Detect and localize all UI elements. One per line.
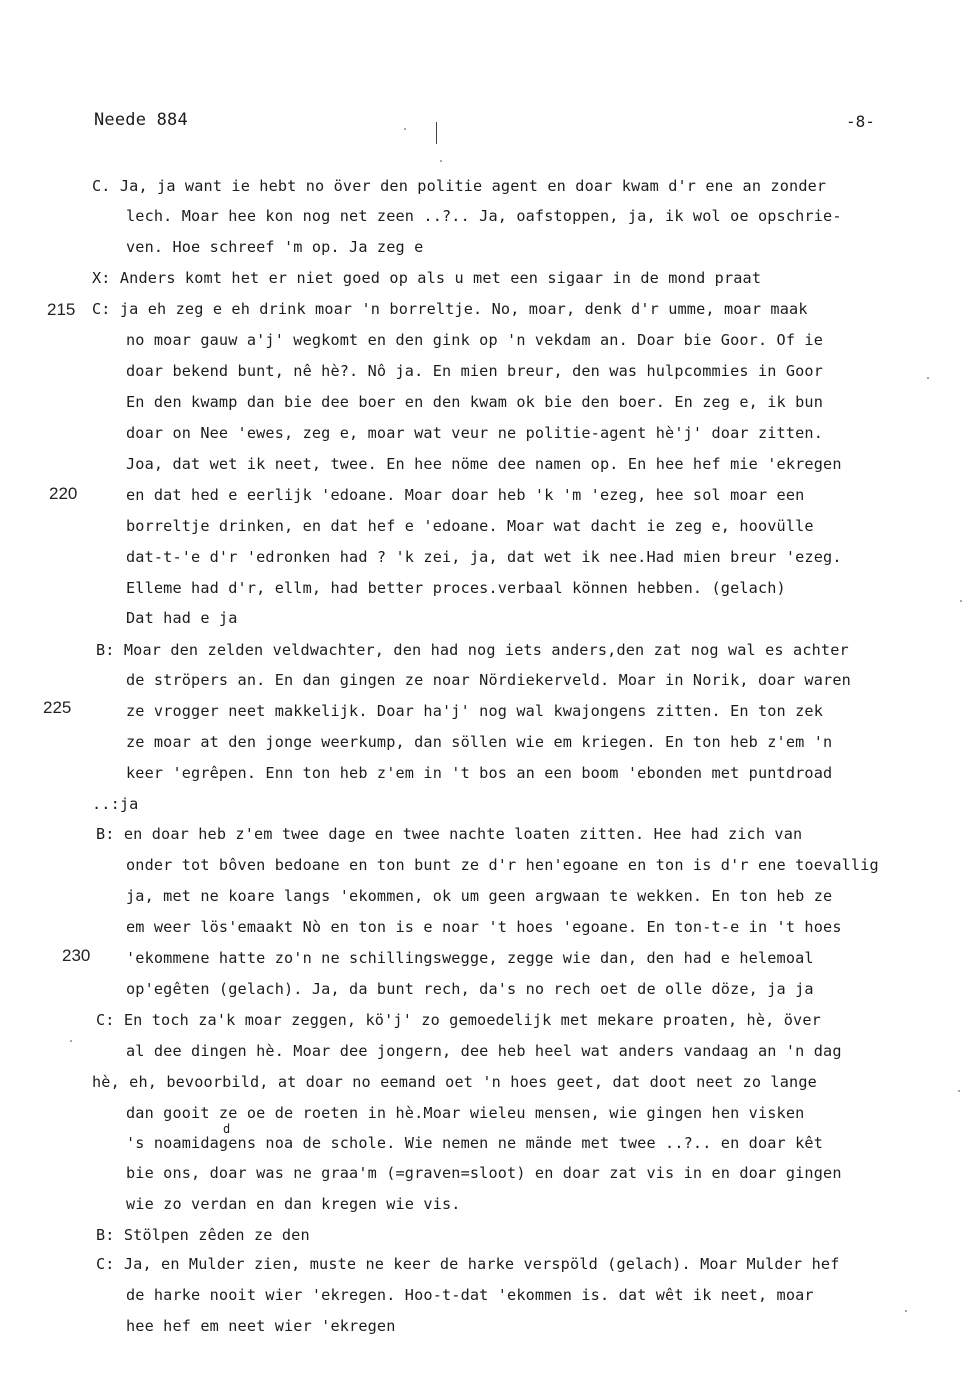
transcript-line: En den kwamp dan bie dee boer en den kwa… bbox=[126, 392, 823, 412]
transcript-line: doar bekend bunt, nê hè?. Nô ja. En mien… bbox=[126, 361, 823, 381]
line-number: 220 bbox=[49, 484, 77, 504]
transcript-line: ze moar at den jonge weerkump, dan sölle… bbox=[126, 732, 832, 752]
transcript-line: C: Ja, en Mulder zien, muste ne keer de … bbox=[96, 1254, 840, 1274]
transcript-line: hee hef em neet wier 'ekregen bbox=[126, 1316, 396, 1336]
scan-speck bbox=[440, 160, 442, 162]
transcript-line: doar on Nee 'ewes, zeg e, moar wat veur … bbox=[126, 423, 823, 443]
transcript-line: Dat had e ja bbox=[126, 608, 238, 628]
transcript-line: de harke nooit wier 'ekregen. Hoo-t-dat … bbox=[126, 1285, 814, 1305]
transcript-line: keer 'egrêpen. Enn ton heb z'em in 't bo… bbox=[126, 763, 832, 783]
transcript-line: op'egêten (gelach). Ja, da bunt rech, da… bbox=[126, 979, 814, 999]
transcript-line: em weer lös'emaakt Nò en ton is e noar '… bbox=[126, 917, 842, 937]
scan-speck bbox=[958, 1090, 960, 1092]
line-number: 225 bbox=[43, 698, 71, 718]
transcript-line: ven. Hoe schreef 'm op. Ja zeg e bbox=[126, 237, 423, 257]
transcript-line: wie zo verdan en dan kregen wie vis. bbox=[126, 1194, 461, 1214]
transcript-line: C: En toch za'k moar zeggen, kö'j' zo ge… bbox=[96, 1010, 821, 1030]
handwritten-correction: d bbox=[223, 1119, 230, 1139]
transcript-line: de ströpers an. En dan gingen ze noar Nö… bbox=[126, 670, 851, 690]
transcript-line: bie ons, doar was ne graa'm (=graven=slo… bbox=[126, 1163, 842, 1183]
transcript-line: en dat hed e eerlijk 'edoane. Moar doar … bbox=[126, 485, 804, 505]
transcript-page: Neede 884 -8- 215 220 225 230 C. Ja, ja … bbox=[0, 0, 973, 1389]
line-number: 230 bbox=[62, 946, 90, 966]
transcript-line: borreltje drinken, en dat hef e 'edoane.… bbox=[126, 516, 814, 536]
margin-mark bbox=[436, 122, 437, 144]
scan-speck bbox=[70, 1040, 72, 1042]
scan-speck bbox=[927, 377, 929, 379]
transcript-line: al dee dingen hè. Moar dee jongern, dee … bbox=[126, 1041, 842, 1061]
transcript-line: ..:ja bbox=[92, 794, 138, 814]
transcript-line: B: en doar heb z'em twee dage en twee na… bbox=[96, 824, 802, 844]
transcript-line: C. Ja, ja want ie hebt no över den polit… bbox=[92, 176, 826, 196]
transcript-line: ja, met ne koare langs 'ekommen, ok um g… bbox=[126, 886, 832, 906]
transcript-line: hè, eh, bevoorbild, at doar no eemand oe… bbox=[92, 1072, 817, 1092]
line-number: 215 bbox=[47, 300, 75, 320]
transcript-line: B: Stölpen zêden ze den bbox=[96, 1225, 310, 1245]
transcript-line: lech. Moar hee kon nog net zeen ..?.. Ja… bbox=[126, 206, 842, 226]
scan-speck bbox=[905, 1310, 907, 1312]
transcript-line: no moar gauw a'j' wegkomt en den gink op… bbox=[126, 330, 823, 350]
transcript-line: Joa, dat wet ik neet, twee. En hee nöme … bbox=[126, 454, 842, 474]
transcript-line: C: ja eh zeg e eh drink moar 'n borreltj… bbox=[92, 299, 808, 319]
transcript-line: onder tot bôven bedoane en ton bunt ze d… bbox=[126, 855, 879, 875]
scan-speck bbox=[960, 600, 962, 602]
transcript-line: dat-t-'e d'r 'edronken had ? 'k zei, ja,… bbox=[126, 547, 842, 567]
scan-speck bbox=[404, 128, 406, 130]
transcript-line: 's noamidagens noa de schole. Wie nemen … bbox=[126, 1133, 823, 1153]
page-number: -8- bbox=[846, 112, 875, 131]
transcript-line: X: Anders komt het er niet goed op als u… bbox=[92, 268, 761, 288]
transcript-line: 'ekommene hatte zo'n ne schillingswegge,… bbox=[126, 948, 814, 968]
transcript-line: Elleme had d'r, ellm, had better proces.… bbox=[126, 578, 786, 598]
transcript-line: B: Moar den zelden veldwachter, den had … bbox=[96, 640, 849, 660]
transcript-line: ze vrogger neet makkelijk. Doar ha'j' no… bbox=[126, 701, 823, 721]
document-title: Neede 884 bbox=[94, 110, 188, 130]
